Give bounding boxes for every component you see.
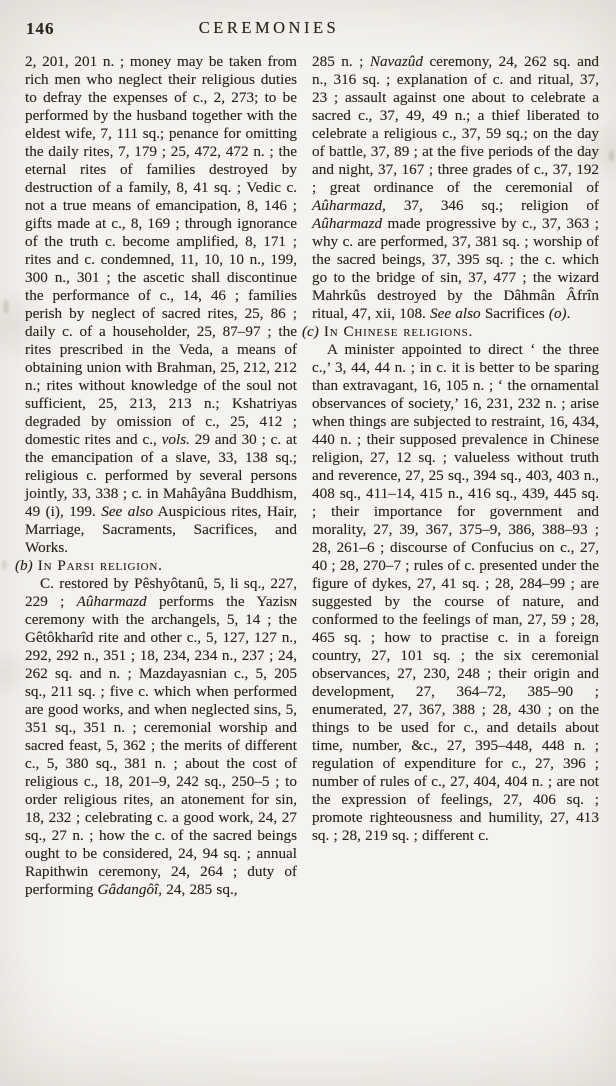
right-column: 285 n. ; Navazûd ceremony, 24, 262 sq. a… <box>312 53 599 899</box>
index-section-paragraph: A minister appointed to direct ‘ the thr… <box>312 341 599 845</box>
section-heading-chinese: (c)In Chinese religions. <box>302 323 599 341</box>
running-title: CEREMONIES <box>0 18 538 38</box>
section-label: (c) <box>302 323 319 340</box>
book-page: 146 CEREMONIES 2, 201, 201 n. ; money ma… <box>0 0 616 1086</box>
index-section-paragraph: C. restored by Pêshyôtanû, 5, li sq., 22… <box>25 575 297 899</box>
index-continuation-paragraph: 285 n. ; Navazûd ceremony, 24, 262 sq. a… <box>312 53 599 323</box>
index-continuation-paragraph: 2, 201, 201 n. ; money may be taken from… <box>25 53 297 557</box>
text-columns: 2, 201, 201 n. ; money may be taken from… <box>25 53 599 899</box>
section-title: In Parsi religion. <box>38 557 163 574</box>
scan-smudge <box>2 560 7 570</box>
section-title: In Chinese religions. <box>324 323 473 340</box>
section-heading-parsi: (b)In Parsi religion. <box>15 557 297 575</box>
scan-smudge <box>609 150 614 162</box>
section-label: (b) <box>15 557 33 574</box>
left-column: 2, 201, 201 n. ; money may be taken from… <box>25 53 297 899</box>
scan-smudge <box>3 300 9 314</box>
page-header: 146 CEREMONIES <box>0 18 616 40</box>
